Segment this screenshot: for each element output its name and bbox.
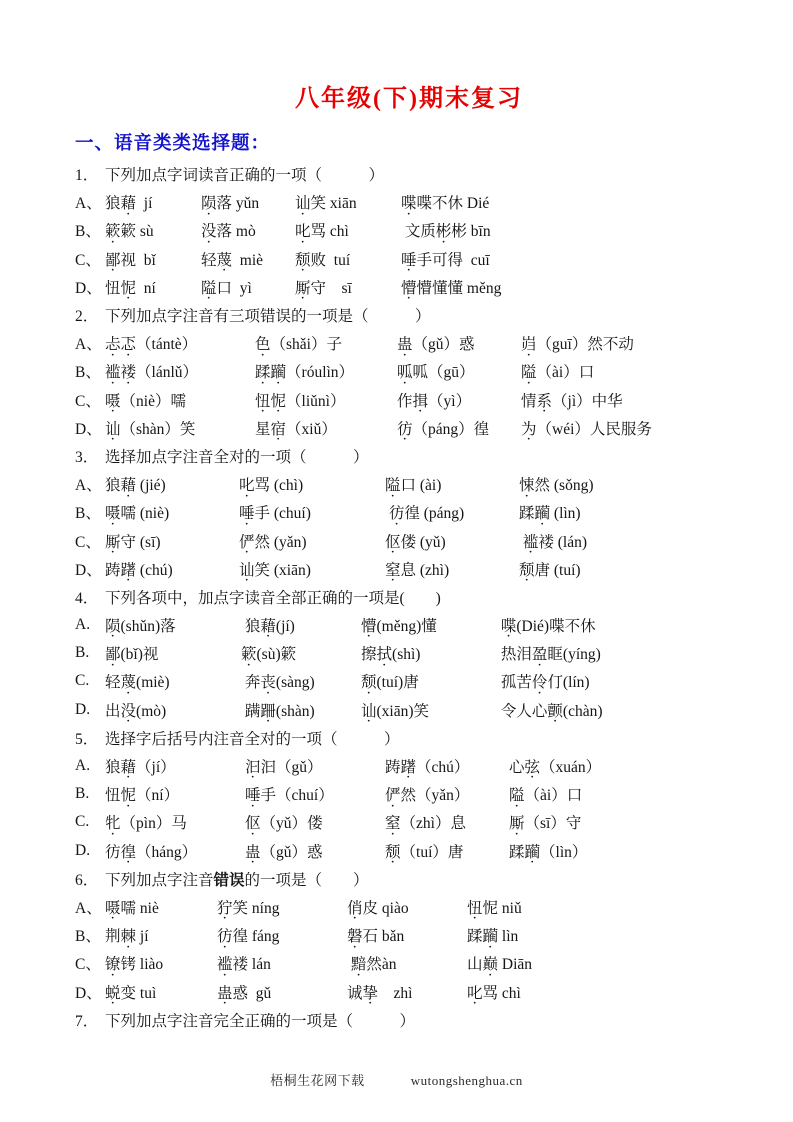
dotted-char: 彷: [389, 501, 405, 523]
dotted-char: 讪: [105, 417, 121, 439]
question-5: 5．选择字后括号内注音全对的一项（ ）A.狼藉（jí）汩汩（gǔ）踌躇（chú）…: [75, 724, 743, 865]
option-row: B、簌簌 sù没落 mò叱骂 chì 文质彬彬 bīn: [75, 216, 743, 244]
dotted-char: 跚: [260, 699, 276, 721]
option-item: 陨(shǔn)落: [105, 614, 241, 636]
dotted-char: 揖: [413, 389, 429, 411]
dotted-char: 怩: [121, 783, 137, 805]
dotted-char: 磐: [347, 924, 363, 946]
dotted-char: 窒: [385, 811, 401, 833]
option-item: 陨落 yǔn: [201, 191, 295, 213]
option-label: B.: [75, 644, 105, 662]
option-item: 色（shǎi）子: [255, 332, 397, 354]
option-item: 山巅 Diān: [467, 952, 532, 974]
option-item: 叱骂 chì: [295, 219, 401, 241]
dotted-char: 颓: [519, 558, 535, 580]
dotted-char: 喋: [401, 191, 417, 213]
option-row: C、厮守 (sī)俨然 (yǎn)伛偻 (yǔ) 褴褛 (lán): [75, 526, 743, 554]
dotted-char: 蔑: [217, 248, 233, 270]
option-item: 彷徨 (páng): [385, 501, 519, 523]
option-item: 俨然（yǎn）: [385, 783, 509, 805]
option-row: A.狼藉（jí）汩汩（gǔ）踌躇（chú）心弦（xuán）: [75, 752, 743, 780]
dotted-char: 黯: [351, 952, 367, 974]
option-item: 簌簌 sù: [105, 219, 201, 241]
option-row: D、忸怩 ní隘口 yì厮守 sī懵懵懂懂 měng: [75, 273, 743, 301]
dotted-char: 嗫: [105, 896, 121, 918]
dotted-char: 藉: [121, 755, 137, 777]
dotted-char: 忸: [255, 389, 271, 411]
option-row: D、讪（shàn）笑星宿（xiǔ）彷（páng）徨为（wéi）人民服务: [75, 414, 743, 442]
option-row: C、镣铐 liào褴褛 lán 黯然àn山巅 Diān: [75, 949, 743, 977]
dotted-char: 没: [201, 219, 217, 241]
dotted-char: 躏: [271, 360, 287, 382]
option-item: 嗫嚅 niè: [105, 896, 217, 918]
option-row: A.陨(shǔn)落 狼藉(jí)懵(měng)懂 喋(Dié)喋不休: [75, 611, 743, 639]
question-stem-text: 下列加点字注音错误的一项是（ ）: [105, 868, 369, 890]
dotted-char: 唾: [401, 248, 417, 270]
dotted-char: 伶: [532, 670, 548, 692]
option-item: 嗫嚅 (niè): [105, 501, 239, 523]
dotted-char: 隘: [385, 473, 401, 495]
dotted-char: 簌: [105, 219, 121, 241]
footer-site-name: 梧桐生花网下载: [270, 1073, 365, 1088]
dotted-char: 丧: [260, 670, 276, 692]
dotted-char: 嗫: [105, 389, 121, 411]
option-item: 伛（yǔ）偻: [245, 811, 385, 833]
option-item: 忐忑（tántè）: [105, 332, 255, 354]
dotted-char: 悚: [519, 473, 535, 495]
question-stem: 5．选择字后括号内注音全对的一项（ ）: [75, 724, 743, 752]
option-item: 颓(tuí)唐: [361, 670, 497, 692]
dotted-char: 棘: [121, 924, 137, 946]
dotted-char: 簌: [241, 642, 257, 664]
question-list: 1．下列加点字词读音正确的一项（ ）A、狼藉 jí陨落 yǔn讪笑 xiān喋喋…: [75, 160, 743, 1034]
dotted-char: 颓: [295, 248, 311, 270]
dotted-char: 厮: [105, 530, 121, 552]
option-item: 蛊（gǔ）惑: [397, 332, 521, 354]
dotted-char: 拭: [377, 642, 393, 664]
option-row: D、蜕变 tuì蛊惑 gǔ诚挚 zhì叱骂 chì: [75, 977, 743, 1005]
option-item: 蛊惑 gǔ: [217, 981, 347, 1003]
dotted-char: 巅: [483, 952, 499, 974]
dotted-char: 伛: [245, 811, 261, 833]
option-item: 出没(mò): [105, 699, 241, 721]
option-item: 唾手可得 cuī: [401, 248, 490, 270]
option-label: C、: [75, 530, 105, 552]
option-item: 奔丧(sàng): [241, 670, 361, 692]
dotted-char: 彷: [217, 924, 233, 946]
option-item: 踌躇（chú）: [385, 755, 509, 777]
option-item: 狼藉（jí）: [105, 755, 245, 777]
option-item: 俨然 (yǎn): [239, 530, 385, 552]
dotted-char: 陨: [105, 614, 121, 636]
option-label: B、: [75, 924, 105, 946]
option-item: 隘口 (ài): [385, 473, 519, 495]
option-item: 叱骂 chì: [467, 981, 521, 1003]
option-item: 孤苦伶仃(lín): [497, 670, 590, 692]
dotted-char: 叱: [467, 981, 483, 1003]
option-row: D.出没(mò) 蹒跚(shàn)讪(xiān)笑 令人心颤(chàn): [75, 696, 743, 724]
dotted-char: 嗫: [105, 501, 121, 523]
option-label: C、: [75, 389, 105, 411]
option-label: D.: [75, 701, 105, 719]
option-item: 俏皮 qiào: [347, 896, 467, 918]
option-item: 窒息 (zhì): [385, 558, 519, 580]
dotted-char: 躏: [535, 501, 551, 523]
option-row: B、嗫嚅 (niè)唾手 (chuí) 彷徨 (páng)蹂躏 (lìn): [75, 498, 743, 526]
dotted-char: 藉: [121, 473, 137, 495]
option-label: C、: [75, 952, 105, 974]
dotted-char: 呱: [397, 360, 413, 382]
dotted-char: 褴: [105, 360, 121, 382]
option-item: 隘（ài）口: [509, 783, 582, 805]
option-item: 汩汩（gǔ）: [245, 755, 385, 777]
question-number: 4．: [75, 586, 105, 608]
option-item: 忸怩 niǔ: [467, 896, 522, 918]
option-item: 彷徨（háng）: [105, 840, 245, 862]
option-row: C.牝（pìn）马伛（yǔ）偻窒（zhì）息厮（sī）守: [75, 808, 743, 836]
option-item: 岿（guī）然不动: [521, 332, 634, 354]
dotted-char: 懵: [361, 614, 377, 636]
option-item: 懵懵懂懂 měng: [401, 276, 501, 298]
dotted-char: 蹂: [255, 360, 271, 382]
option-item: 狼藉 (jié): [105, 473, 239, 495]
dotted-char: 躏: [525, 840, 541, 862]
dotted-char: 忑: [121, 332, 137, 354]
option-item: 厮守 sī: [295, 276, 401, 298]
question-stem-text: 选择字后括号内注音全对的一项（ ）: [105, 727, 400, 749]
option-label: D、: [75, 981, 105, 1003]
option-item: 喋喋不休 Dié: [401, 191, 489, 213]
dotted-char: 蛊: [397, 332, 413, 354]
option-item: 轻蔑(miè): [105, 670, 241, 692]
dotted-char: 蔑: [121, 670, 137, 692]
option-item: 狞笑 níng: [217, 896, 347, 918]
option-item: 忸怩 ní: [105, 276, 201, 298]
dotted-char: 唾: [239, 501, 255, 523]
dotted-char: 喋: [501, 614, 517, 636]
dotted-char: 伛: [385, 530, 401, 552]
question-stem-text: 下列加点字注音完全正确的一项是（ ）: [105, 1009, 415, 1031]
question-stem: 2．下列加点字注音有三项错误的一项是（ ）: [75, 301, 743, 329]
question-stem-text: 下列加点字注音有三项错误的一项是（ ）: [105, 304, 431, 326]
option-label: C.: [75, 672, 105, 690]
option-item: 文质彬彬 bīn: [401, 219, 491, 241]
option-row: B.鄙(bǐ)视簌(sù)簌擦拭(shì) 热泪盈眶(yíng): [75, 639, 743, 667]
dotted-char: 系: [537, 389, 553, 411]
option-row: A、忐忑（tántè）色（shǎi）子蛊（gǔ）惑岿（guī）然不动: [75, 329, 743, 357]
option-item: 心弦（xuán）: [509, 755, 601, 777]
option-item: 颓（tuí）唐: [385, 840, 509, 862]
dotted-char: 弦: [525, 755, 541, 777]
option-item: 叱骂 (chì): [239, 473, 385, 495]
dotted-char: 隘: [521, 360, 537, 382]
question-stem: 4．下列各项中，加点字读音全部正确的一项是( ): [75, 583, 743, 611]
question-stem: 6．下列加点字注音错误的一项是（ ）: [75, 865, 743, 893]
option-item: 呱呱（gū）: [397, 360, 521, 382]
dotted-char: 褛: [121, 360, 137, 382]
option-item: 令人心颤(chàn): [497, 699, 603, 721]
option-label: D、: [75, 558, 105, 580]
question-6: 6．下列加点字注音错误的一项是（ ）A、嗫嚅 niè狞笑 níng俏皮 qiào…: [75, 865, 743, 1006]
option-item: 忸怩（ní）: [105, 783, 245, 805]
dotted-char: 藉: [260, 614, 276, 636]
dotted-char: 盈: [532, 642, 548, 664]
dotted-char: 颓: [385, 840, 401, 862]
document-page: 八年级(下)期末复习 一、语音类类选择题： 1．下列加点字词读音正确的一项（ ）…: [0, 0, 793, 1034]
option-item: 镣铐 liào: [105, 952, 217, 974]
dotted-char: 挚: [363, 981, 379, 1003]
option-label: D、: [75, 417, 105, 439]
option-item: 蹂躏（róulìn）: [255, 360, 397, 382]
option-item: 黯然àn: [347, 952, 467, 974]
option-label: C.: [75, 813, 105, 831]
question-3: 3．选择加点字注音全对的一项（ ）A、狼藉 (jié)叱骂 (chì)隘口 (à…: [75, 442, 743, 583]
option-item: 懵(měng)懂: [361, 614, 497, 636]
option-item: 热泪盈眶(yíng): [497, 642, 601, 664]
option-item: 讪（shàn）笑: [105, 417, 255, 439]
dotted-char: 俨: [239, 530, 255, 552]
option-row: B、荆棘 jí彷徨 fáng磐石 bǎn蹂躏 lìn: [75, 921, 743, 949]
option-row: A、狼藉 (jié)叱骂 (chì)隘口 (ài)悚然 (sǒng): [75, 470, 743, 498]
question-stem: 1．下列加点字词读音正确的一项（ ）: [75, 160, 743, 188]
option-label: D、: [75, 276, 105, 298]
question-2: 2．下列加点字注音有三项错误的一项是（ ）A、忐忑（tántè）色（shǎi）子…: [75, 301, 743, 442]
option-row: D、踌躇 (chú)讪笑 (xiān)窒息 (zhì)颓唐 (tuí): [75, 555, 743, 583]
option-item: 彷徨 fáng: [217, 924, 347, 946]
option-item: 蹒跚(shàn): [241, 699, 361, 721]
option-item: 牝（pìn）马: [105, 811, 245, 833]
dotted-char: 蜕: [105, 981, 121, 1003]
option-label: A、: [75, 896, 105, 918]
page-footer: 梧桐生花网下载wutongshenghua.cn: [0, 1070, 793, 1089]
option-item: 没落 mò: [201, 219, 295, 241]
option-row: D.彷徨（háng）蛊（gǔ）惑颓（tuí）唐蹂躏（lìn）: [75, 837, 743, 865]
option-label: B、: [75, 360, 105, 382]
dotted-char: 牝: [105, 811, 121, 833]
question-stem: 7．下列加点字注音完全正确的一项是（ ）: [75, 1006, 743, 1034]
option-item: 厮守 (sī): [105, 530, 239, 552]
option-item: 星宿（xiǔ）: [255, 417, 397, 439]
question-number: 3．: [75, 445, 105, 467]
option-label: A、: [75, 332, 105, 354]
dotted-char: 狞: [217, 896, 233, 918]
dotted-char: 叱: [239, 473, 255, 495]
question-stem-text: 下列加点字词读音正确的一项（ ）: [105, 163, 384, 185]
question-number: 6．: [75, 868, 105, 890]
footer-site-url: wutongshenghua.cn: [411, 1073, 523, 1088]
option-item: 褴褛 (lán): [519, 530, 587, 552]
option-item: 悚然 (sǒng): [519, 473, 594, 495]
question-number: 5．: [75, 727, 105, 749]
dotted-char: 徨: [121, 840, 137, 862]
option-item: 讪笑 (xiān): [239, 558, 385, 580]
dotted-char: 镣: [105, 952, 121, 974]
option-row: C、鄙视 bǐ轻蔑 miè颓败 tuí唾手可得 cuī: [75, 245, 743, 273]
option-item: 为（wéi）人民服务: [521, 417, 652, 439]
option-item: 簌(sù)簌: [241, 642, 361, 664]
dotted-char: 讪: [295, 191, 311, 213]
question-number: 2．: [75, 304, 105, 326]
option-item: 擦拭(shì): [361, 642, 497, 664]
option-item: 彷（páng）徨: [397, 417, 521, 439]
dotted-char: 蛊: [217, 981, 233, 1003]
option-item: 狼藉 jí: [105, 191, 201, 213]
option-label: B、: [75, 501, 105, 523]
option-item: 诚挚 zhì: [347, 981, 467, 1003]
option-item: 讪笑 xiān: [295, 191, 401, 213]
option-item: 唾手（chuí）: [245, 783, 385, 805]
option-item: 讪(xiān)笑: [361, 699, 497, 721]
option-label: A、: [75, 191, 105, 213]
dotted-char: 颤: [547, 699, 563, 721]
dotted-char: 怩: [121, 276, 137, 298]
dotted-char: 隘: [509, 783, 525, 805]
dotted-char: 躏: [483, 924, 499, 946]
page-title: 八年级(下)期末复习: [75, 84, 743, 114]
dotted-char: 宿: [271, 417, 287, 439]
dotted-char: 厮: [295, 276, 311, 298]
option-item: 轻蔑 miè: [201, 248, 295, 270]
dotted-char: 俨: [385, 783, 401, 805]
option-item: 喋(Dié)喋不休: [497, 614, 596, 636]
option-item: 嗫（niè）嚅: [105, 389, 255, 411]
option-row: B.忸怩（ní）唾手（chuí）俨然（yǎn）隘（ài）口: [75, 780, 743, 808]
option-item: 颓败 tuí: [295, 248, 401, 270]
dotted-char: 褴: [217, 952, 233, 974]
dotted-char: 色: [255, 332, 271, 354]
option-item: 伛偻 (yǔ): [385, 530, 519, 552]
dotted-char: 隘: [201, 276, 217, 298]
question-4: 4．下列各项中，加点字读音全部正确的一项是( )A.陨(shǔn)落 狼藉(jí…: [75, 583, 743, 724]
option-row: A、嗫嚅 niè狞笑 níng俏皮 qiào忸怩 niǔ: [75, 893, 743, 921]
option-label: A.: [75, 757, 105, 775]
option-item: 唾手 (chuí): [239, 501, 385, 523]
dotted-char: 忐: [105, 332, 121, 354]
option-item: 鄙(bǐ)视: [105, 642, 241, 664]
option-item: 厮（sī）守: [509, 811, 581, 833]
option-item: 作揖（yì）: [397, 389, 521, 411]
option-label: A.: [75, 616, 105, 634]
dotted-char: 褴: [523, 530, 539, 552]
option-item: 褴褛 lán: [217, 952, 347, 974]
dotted-char: 为: [521, 417, 537, 439]
dotted-char: 厮: [509, 811, 525, 833]
option-label: B、: [75, 219, 105, 241]
dotted-char: 俏: [347, 896, 363, 918]
option-row: C、嗫（niè）嚅忸怩（liǔnì）作揖（yì）情系（jì）中华: [75, 386, 743, 414]
option-item: 隘（ài）口: [521, 360, 594, 382]
option-item: 蹂躏 lìn: [467, 924, 518, 946]
dotted-char: 岿: [521, 332, 537, 354]
dotted-char: 汩: [245, 755, 261, 777]
dotted-char: 躇: [401, 755, 417, 777]
dotted-char: 懵: [401, 276, 417, 298]
option-item: 荆棘 jí: [105, 924, 217, 946]
dotted-char: 陨: [201, 191, 217, 213]
option-row: B、褴褛（lánlǔ）蹂躏（róulìn）呱呱（gū）隘（ài）口: [75, 357, 743, 385]
question-number: 1．: [75, 163, 105, 185]
option-row: C.轻蔑(miè) 奔丧(sàng)颓(tuí)唐 孤苦伶仃(lín): [75, 667, 743, 695]
option-item: 情系（jì）中华: [521, 389, 623, 411]
option-item: 蜕变 tuì: [105, 981, 217, 1003]
option-item: 踌躇 (chú): [105, 558, 239, 580]
dotted-char: 唾: [245, 783, 261, 805]
option-item: 磐石 bǎn: [347, 924, 467, 946]
dotted-char: 躇: [121, 558, 137, 580]
dotted-char: 忸: [467, 896, 483, 918]
dotted-char: 讪: [239, 558, 255, 580]
dotted-char: 藉: [121, 191, 137, 213]
dotted-char: 怩: [271, 389, 287, 411]
question-stem: 3．选择加点字注音全对的一项（ ）: [75, 442, 743, 470]
option-label: D.: [75, 842, 105, 860]
option-item: 蛊（gǔ）惑: [245, 840, 385, 862]
dotted-char: 彬: [436, 219, 452, 241]
dotted-char: 彷: [397, 417, 413, 439]
dotted-char: 窒: [385, 558, 401, 580]
option-item: 颓唐 (tuí): [519, 558, 581, 580]
dotted-char: 鄙: [105, 248, 121, 270]
option-item: 隘口 yì: [201, 276, 295, 298]
option-item: 鄙视 bǐ: [105, 248, 201, 270]
dotted-char: 叱: [295, 219, 311, 241]
section-heading: 一、语音类类选择题：: [75, 130, 743, 156]
question-stem-text: 选择加点字注音全对的一项（ ）: [105, 445, 369, 467]
option-item: 忸怩（liǔnì）: [255, 389, 397, 411]
dotted-char: 颓: [361, 670, 377, 692]
option-item: 褴褛（lánlǔ）: [105, 360, 255, 382]
option-label: A、: [75, 473, 105, 495]
question-7: 7．下列加点字注音完全正确的一项是（ ）: [75, 1006, 743, 1034]
option-item: 狼藉(jí): [241, 614, 361, 636]
option-row: A、狼藉 jí陨落 yǔn讪笑 xiān喋喋不休 Dié: [75, 188, 743, 216]
question-number: 7．: [75, 1009, 105, 1031]
option-item: 蹂躏 (lìn): [519, 501, 581, 523]
option-label: C、: [75, 248, 105, 270]
option-item: 窒（zhì）息: [385, 811, 509, 833]
dotted-char: 讪: [361, 699, 377, 721]
option-label: B.: [75, 785, 105, 803]
dotted-char: 蛊: [245, 840, 261, 862]
question-1: 1．下列加点字词读音正确的一项（ ）A、狼藉 jí陨落 yǔn讪笑 xiān喋喋…: [75, 160, 743, 301]
dotted-char: 没: [121, 699, 137, 721]
dotted-char: 鄙: [105, 642, 121, 664]
question-stem-text: 下列各项中，加点字读音全部正确的一项是( ): [105, 586, 441, 608]
option-item: 蹂躏（lìn）: [509, 840, 587, 862]
